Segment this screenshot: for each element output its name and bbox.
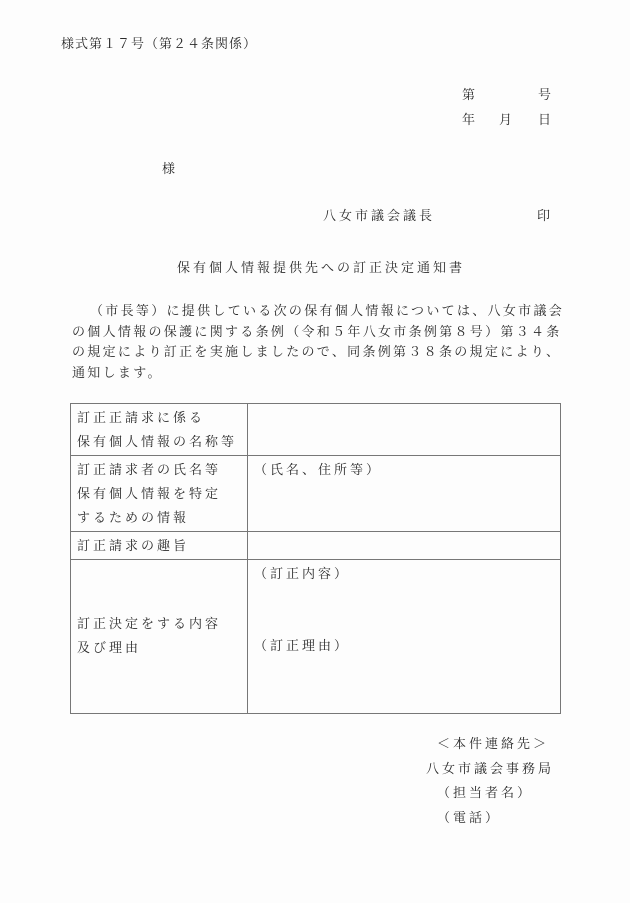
table-row: 訂正請求の趣旨 — [71, 532, 561, 560]
contact-phone: （電話） — [437, 807, 554, 832]
info-table: 訂正正請求に係る 保有個人情報の名称等 訂正請求者の氏名等 保有個人情報を特定 … — [70, 403, 561, 714]
form-id: 様式第１７号（第２４条関係） — [61, 33, 257, 52]
addressee: 様 — [162, 158, 175, 177]
sender-name: 八女市議会議長 — [323, 205, 435, 224]
row-label: 訂正決定をする内容 及び理由 — [71, 560, 248, 714]
contact-person: （担当者名） — [437, 782, 554, 807]
value-placeholder: （訂正内容） — [254, 563, 554, 587]
doc-number-prefix: 第 — [462, 84, 475, 103]
row-label: 訂正請求者の氏名等 保有個人情報を特定 するための情報 — [71, 456, 248, 532]
row-label: 訂正正請求に係る 保有個人情報の名称等 — [71, 404, 248, 456]
date-year: 年 — [462, 109, 475, 128]
table-row: 訂正決定をする内容 及び理由 （訂正内容） （訂正理由） — [71, 560, 561, 714]
contact-heading: ＜本件連絡先＞ — [437, 733, 554, 758]
table-row: 訂正正請求に係る 保有個人情報の名称等 — [71, 404, 561, 456]
document-title: 保有個人情報提供先への訂正決定通知書 — [177, 257, 465, 276]
date-month: 月 — [499, 109, 512, 128]
body-line: （市長等）に提供している次の保有個人情報については、八女市議会 — [72, 302, 562, 323]
date-day: 日 — [538, 109, 551, 128]
contact-block: ＜本件連絡先＞ 八女市議会事務局 （担当者名） （電話） — [437, 733, 554, 831]
value-placeholder: （氏名、住所等） — [254, 459, 554, 483]
body-paragraph: （市長等）に提供している次の保有個人情報については、八女市議会 の個人情報の保護… — [72, 302, 562, 384]
body-line: の個人情報の保護に関する条例（令和５年八女市条例第８号）第３４条 — [72, 323, 562, 344]
contact-office: 八女市議会事務局 — [426, 758, 554, 783]
body-line: 通知します。 — [72, 364, 562, 385]
seal-mark: 印 — [537, 205, 550, 224]
doc-number-suffix: 号 — [538, 84, 551, 103]
row-value — [248, 532, 561, 560]
body-line: の規定により訂正を実施しましたので、同条例第３８条の規定により、 — [72, 343, 562, 364]
row-value: （氏名、住所等） — [248, 456, 561, 532]
row-value — [248, 404, 561, 456]
row-value: （訂正内容） （訂正理由） — [248, 560, 561, 714]
table-row: 訂正請求者の氏名等 保有個人情報を特定 するための情報 （氏名、住所等） — [71, 456, 561, 532]
value-placeholder: （訂正理由） — [254, 635, 554, 659]
row-label: 訂正請求の趣旨 — [71, 532, 248, 560]
